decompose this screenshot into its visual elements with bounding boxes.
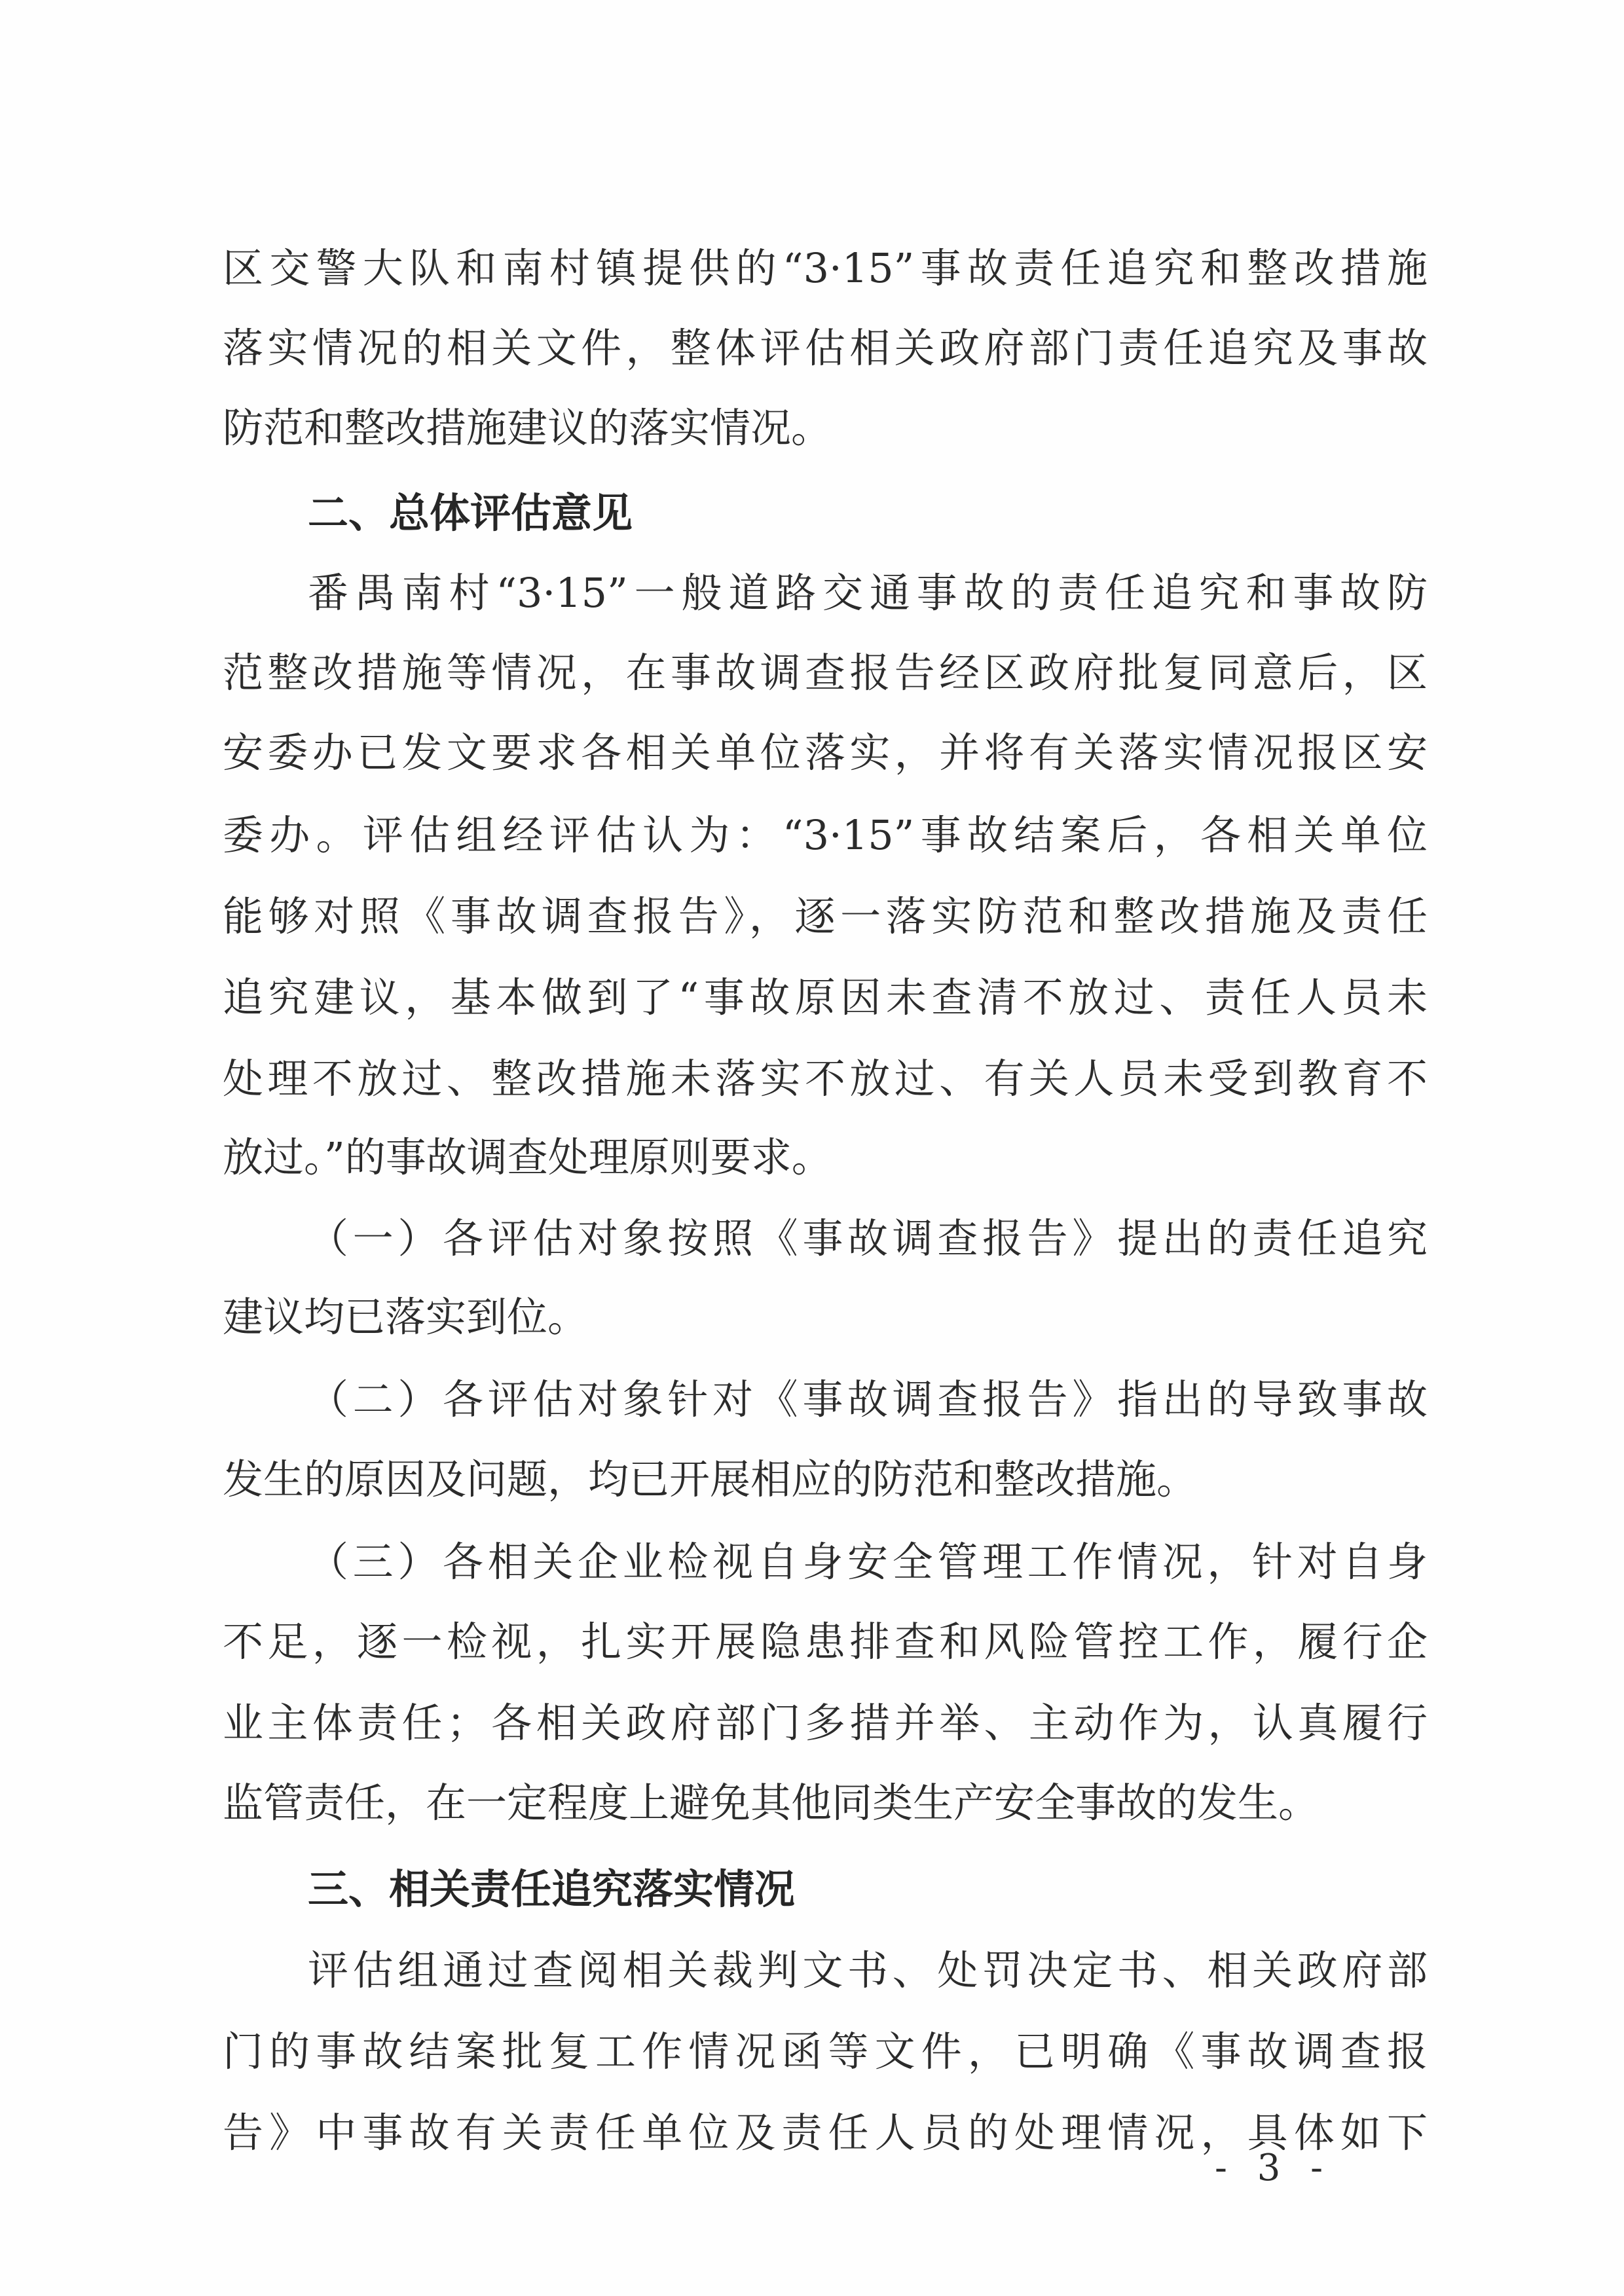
body-line: 追究建议，基本做到了“事故原因未查清不放过、责任人员未 (223, 972, 1428, 1024)
body-line: 门的事故结案批复工作情况函等文件，已明确《事故调查报 (223, 2026, 1428, 2078)
section-heading-accountability: 三、相关责任追究落实情况 (308, 1863, 795, 1916)
body-line: 范整改措施等情况，在事故调查报告经区政府批复同意后，区 (223, 647, 1428, 699)
body-line: 安委办已发文要求各相关单位落实，并将有关落实情况报区安 (223, 727, 1428, 779)
body-line: 委办。评估组经评估认为：“3·15”事故结案后，各相关单位 (223, 809, 1428, 862)
body-line: 防范和整改措施建议的落实情况。 (223, 402, 1428, 454)
body-line: 业主体责任；各相关政府部门多措并举、主动作为，认真履行 (223, 1697, 1428, 1749)
body-line: 监管责任，在一定程度上避免其他同类生产安全事故的发生。 (223, 1777, 1428, 1829)
body-line: 落实情况的相关文件，整体评估相关政府部门责任追究及事故 (223, 322, 1428, 374)
list-item-three: （三）各相关企业检视自身安全管理工作情况，针对自身 (308, 1536, 1428, 1588)
body-line: 区交警大队和南村镇提供的“3·15”事故责任追究和整改措施 (223, 242, 1428, 295)
paragraph-first-line: 评估组通过查阅相关裁判文书、处罚决定书、相关政府部 (308, 1944, 1428, 1997)
body-line: 发生的原因及问题，均已开展相应的防范和整改措施。 (223, 1453, 1428, 1506)
body-line: 不足，逐一检视，扎实开展隐患排查和风险管控工作，履行企 (223, 1616, 1428, 1668)
body-line: 能够对照《事故调查报告》，逐一落实防范和整改措施及责任 (223, 890, 1428, 943)
body-line: 建议均已落实到位。 (223, 1291, 1428, 1343)
document-page: 区交警大队和南村镇提供的“3·15”事故责任追究和整改措施 落实情况的相关文件，… (0, 0, 1624, 2296)
body-line: 处理不放过、整改措施未落实不放过、有关人员未受到教育不 (223, 1053, 1428, 1105)
body-line: 放过。”的事故调查处理原则要求。 (223, 1131, 1428, 1184)
page-number: - 3 - (1215, 2149, 1332, 2188)
section-heading-overall-assessment: 二、总体评估意见 (308, 487, 633, 539)
list-item-one: （一）各评估对象按照《事故调查报告》提出的责任追究 (308, 1212, 1428, 1265)
paragraph-first-line: 番禺南村“3·15”一般道路交通事故的责任追究和事故防 (308, 567, 1428, 619)
list-item-two: （二）各评估对象针对《事故调查报告》指出的导致事故 (308, 1374, 1428, 1426)
